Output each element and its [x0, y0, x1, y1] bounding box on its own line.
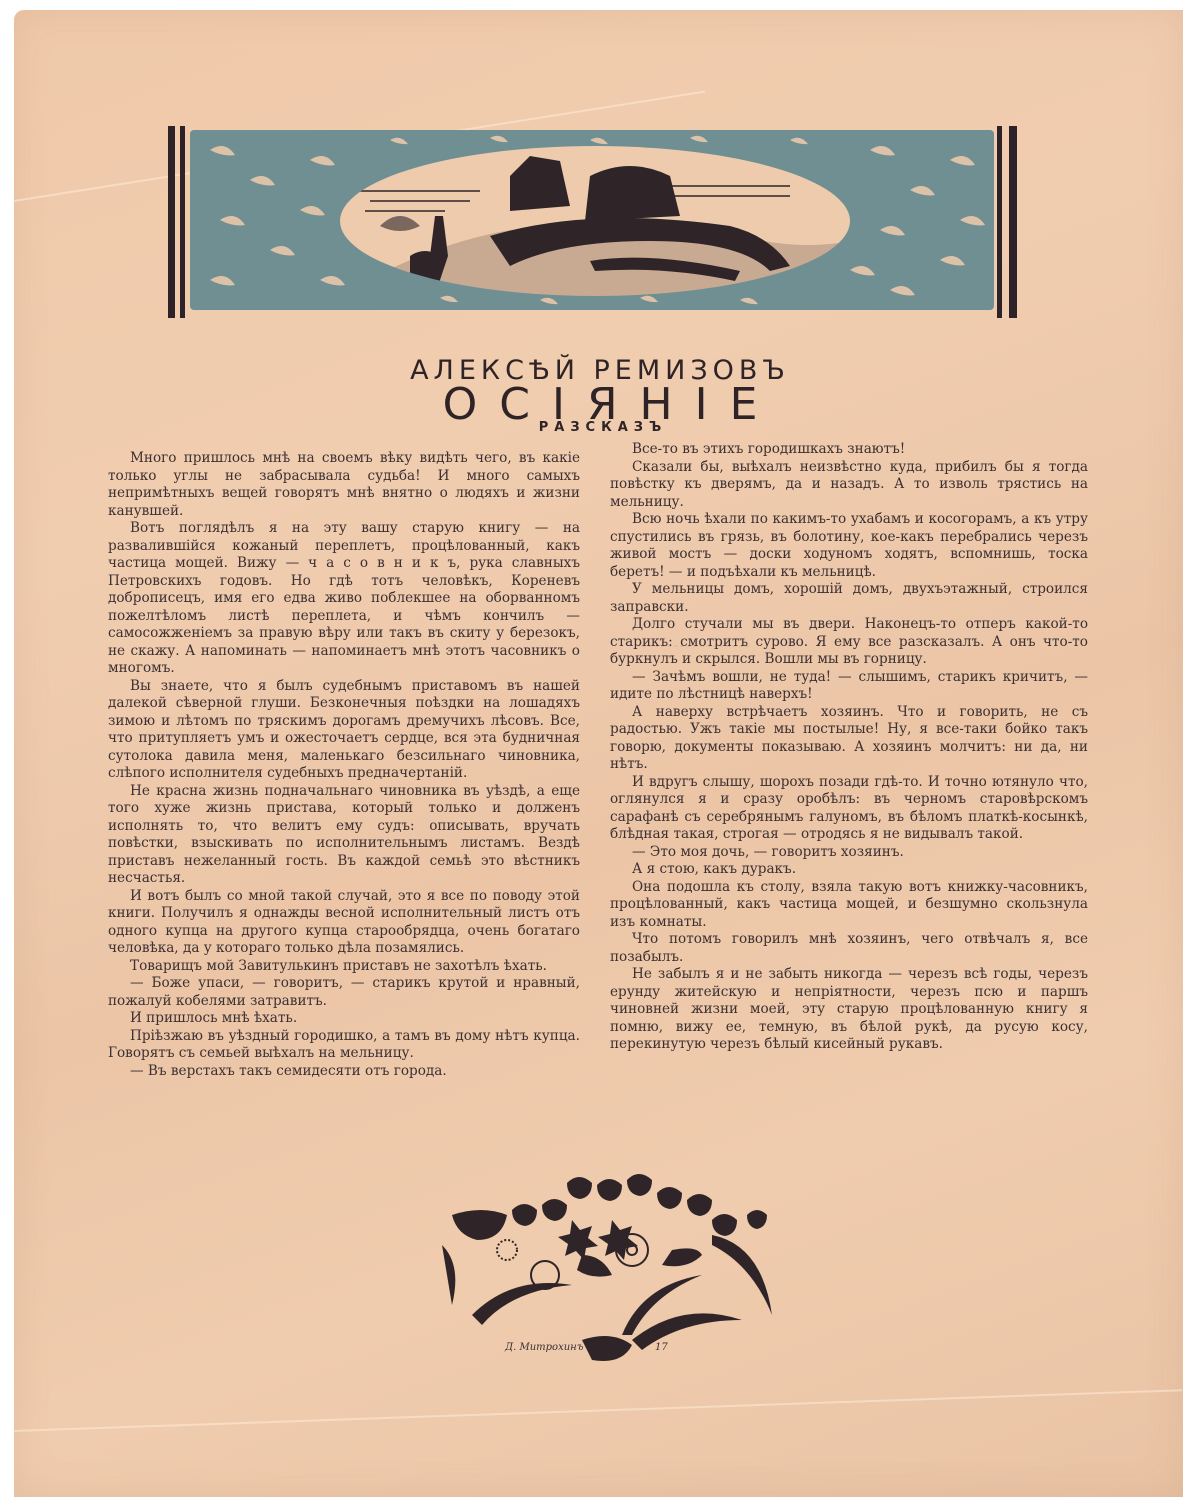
paragraph: И пришлось мнѣ ѣхать. [108, 1010, 580, 1028]
text-column-right: Все-то въ этихъ городишкахъ знаютъ! Сказ… [610, 441, 1088, 1054]
header-illustration [168, 126, 1018, 318]
paragraph: — Въ верстахъ такъ семидесяти отъ города… [108, 1063, 580, 1081]
paragraph: Товарищъ мой Завитулькинъ приставъ не за… [108, 958, 580, 976]
paragraph: У мельницы домъ, хорошій домъ, двухъэтаж… [610, 581, 1088, 616]
story-subtitle: РАЗСКАЗЪ [0, 420, 1200, 435]
artist-signature: Д. Митрохинъ [505, 1342, 583, 1353]
paragraph: Сказали бы, выѣхалъ неизвѣстно куда, при… [610, 459, 1088, 512]
paragraph: И вотъ былъ со мной такой случай, это я … [108, 888, 580, 958]
frame-bar-right-inner [997, 126, 1002, 318]
paragraph: А я стою, какъ дуракъ. [610, 861, 1088, 879]
paragraph: Не красна жизнь подначальнаго чиновника … [108, 783, 580, 888]
paragraph: Что потомъ говорилъ мнѣ хозяинъ, чего от… [610, 931, 1088, 966]
paragraph: Всю ночь ѣхали по какимъ-то ухабамъ и ко… [610, 511, 1088, 581]
paragraph: — Это моя дочь, — говоритъ хозяинъ. [610, 844, 1088, 862]
paragraph: — Зачѣмъ вошли, не туда! — слышимъ, стар… [610, 669, 1088, 704]
frame-bar-left-outer [168, 126, 175, 318]
paragraph: Долго стучали мы въ двери. Наконецъ-то о… [610, 616, 1088, 669]
paragraph: Вы знаете, что я былъ судебнымъ приставо… [108, 678, 580, 783]
paragraph: И вдругъ слышу, шорохъ позади гдѣ-то. И … [610, 774, 1088, 844]
paragraph: Она подошла къ столу, взяла такую вотъ к… [610, 879, 1088, 932]
text-column-left: Много пришлось мнѣ на своемъ вѣку видѣть… [108, 450, 580, 1080]
artist-signature-year: 17 [655, 1342, 668, 1353]
paragraph: Вотъ поглядѣлъ я на эту вашу старую книг… [108, 520, 580, 678]
paper-crease [14, 1389, 1182, 1432]
paragraph: Много пришлось мнѣ на своемъ вѣку видѣть… [108, 450, 580, 520]
landscape-vignette [340, 146, 850, 296]
paragraph: — Боже упаси, — говоритъ, — старикъ крут… [108, 975, 580, 1010]
frame-bar-right-outer [1009, 126, 1017, 318]
frame-bar-left-inner [180, 126, 185, 318]
floral-ornament [432, 1165, 782, 1380]
paragraph: А наверху встрѣчаетъ хозяинъ. Что и гово… [610, 704, 1088, 774]
paragraph: Не забылъ я и не забыть никогда — черезъ… [610, 966, 1088, 1054]
paragraph: Все-то въ этихъ городишкахъ знаютъ! [610, 441, 1088, 459]
paragraph: Пріѣзжаю въ уѣздный городишко, а тамъ въ… [108, 1028, 580, 1063]
